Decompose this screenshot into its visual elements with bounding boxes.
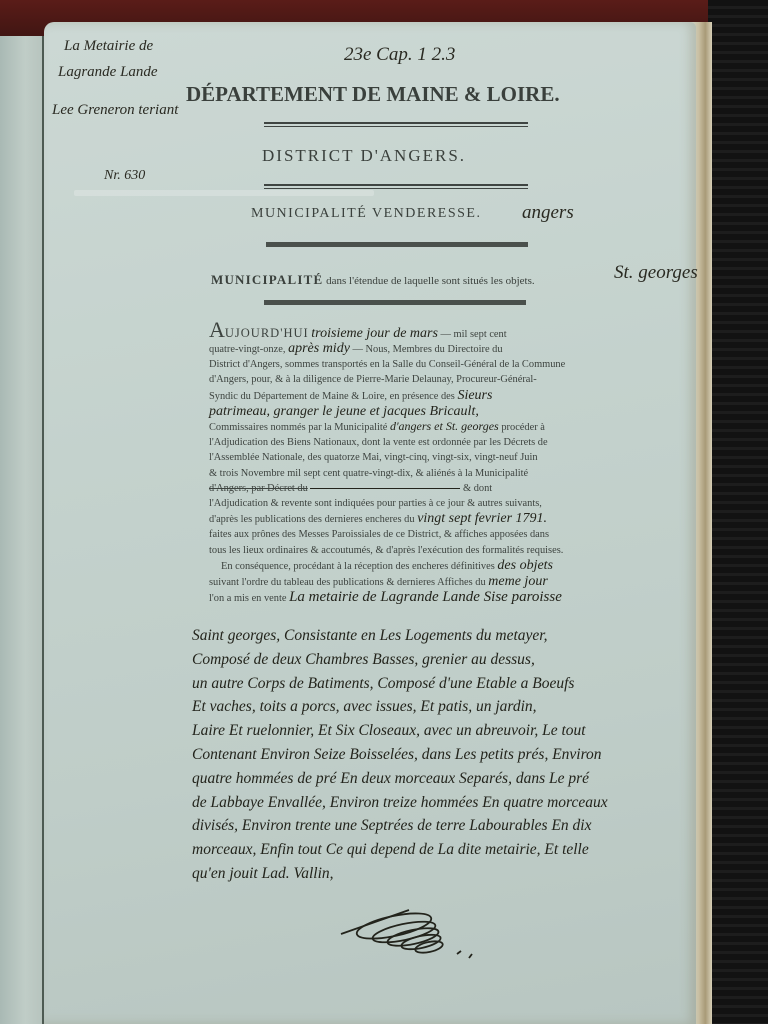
body-line-5: Syndic du Département de Maine & Loire, … — [209, 388, 629, 404]
desc-line-3: un autre Corps de Batiments, Composé d'u… — [192, 672, 692, 696]
body-line-10: & trois Novembre mil sept cent quatre-vi… — [209, 466, 629, 481]
municipality-location-value: St. georges — [614, 262, 698, 284]
body-printed-text: AUJOURD'HUI troisieme jour de mars — mil… — [209, 322, 629, 606]
reference-number: Nr. 630 — [104, 168, 145, 184]
handwritten-description: Saint georges, Consistante en Les Logeme… — [192, 624, 692, 886]
desc-line-9: divisés, Environ trente une Septrées de … — [192, 814, 692, 838]
municipality-seller-label: MUNICIPALITÉ VENDERESSE. — [251, 206, 481, 222]
desc-line-7: quatre hommées de pré En deux morceaux S… — [192, 767, 692, 791]
left-facing-page — [0, 36, 44, 1024]
body-line-2: quatre-vingt-onze, après midy — Nous, Me… — [209, 341, 629, 357]
rule-3 — [266, 242, 528, 247]
body-line-18: l'on a mis en vente La metairie de Lagra… — [209, 590, 629, 606]
desc-line-2: Composé de deux Chambres Basses, grenier… — [192, 648, 692, 672]
municipality-location-label: MUNICIPALITÉ — [211, 272, 323, 287]
body-line-12: l'Adjudication & revente sont indiquées … — [209, 496, 629, 511]
body-line-14: faites aux prônes des Messes Paroissiale… — [209, 527, 629, 542]
rule-2 — [264, 184, 528, 189]
desc-line-6: Contenant Environ Seize Boisselées, dans… — [192, 743, 692, 767]
body-line-3: District d'Angers, sommes transportés en… — [209, 357, 629, 372]
municipality-location: MUNICIPALITÉ dans l'étendue de laquelle … — [211, 272, 535, 288]
desc-line-11: qu'en jouit Lad. Vallin, — [192, 862, 692, 886]
top-annotation: 23e Cap. 1 2.3 — [344, 44, 455, 66]
body-line-13: d'après les publications des dernieres e… — [209, 511, 629, 527]
body-line-11: d'Angers, par Décret du & dont — [209, 481, 629, 496]
department-title: DÉPARTEMENT DE MAINE & LOIRE. — [186, 82, 560, 107]
body-line-6: patrimeau, granger le jeune et jacques B… — [209, 404, 629, 419]
background-dark-right — [708, 0, 768, 1024]
desc-line-5: Laire Et ruelonnier, Et Six Closeaux, av… — [192, 719, 692, 743]
desc-line-1: Saint georges, Consistante en Les Logeme… — [192, 624, 692, 648]
ghost-print — [74, 190, 374, 196]
district-title: DISTRICT D'ANGERS. — [262, 146, 466, 166]
body-line-17: suivant l'ordre du tableau des publicati… — [209, 574, 629, 590]
margin-note-line3: Lee Greneron teriant — [52, 102, 178, 119]
body-line-9: l'Assemblée Nationale, des quatorze Mai,… — [209, 450, 629, 465]
body-line-4: d'Angers, pour, & à la diligence de Pier… — [209, 372, 629, 387]
margin-note-line1: La Metairie de — [64, 38, 153, 55]
municipality-location-text: dans l'étendue de laquelle sont situés l… — [326, 275, 535, 287]
desc-line-8: de Labbaye Envallée, Environ treize homm… — [192, 791, 692, 815]
body-line-7: Commissaires nommés par la Municipalité … — [209, 419, 629, 435]
rule-4 — [264, 300, 526, 305]
body-line-16: En conséquence, procédant à la réception… — [209, 558, 629, 574]
margin-note-line2: Lagrande Lande — [58, 64, 158, 81]
signature-paraph-icon — [339, 904, 489, 974]
desc-line-10: morceaux, Enfin tout Ce qui depend de La… — [192, 838, 692, 862]
rule-1 — [264, 122, 528, 127]
body-line-15: tous les lieux ordinaires & accoutumés, … — [209, 543, 629, 558]
body-line-8: l'Adjudication des Biens Nationaux, dont… — [209, 435, 629, 450]
municipality-seller-value: angers — [522, 202, 574, 224]
drop-cap: A — [209, 317, 225, 342]
desc-line-4: Et vaches, toits a porcs, avec issues, E… — [192, 695, 692, 719]
document-page: La Metairie de Lagrande Lande Lee Grener… — [44, 22, 696, 1024]
body-line-1: AUJOURD'HUI troisieme jour de mars — mil… — [209, 322, 629, 341]
